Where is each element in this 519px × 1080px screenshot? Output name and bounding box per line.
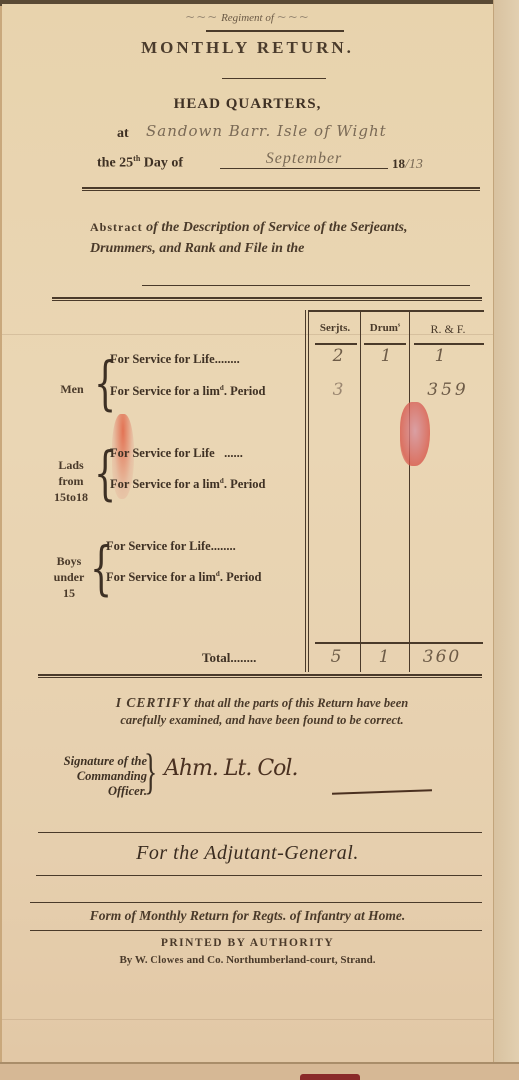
signature-label-line: Commanding bbox=[32, 769, 147, 784]
row-label-end: . Period bbox=[220, 570, 262, 584]
abstract-lead: Abstract bbox=[90, 220, 143, 234]
brace-icon: } bbox=[144, 746, 157, 796]
day-suffix: th bbox=[133, 154, 140, 163]
column-header-serjeants: Serjts. bbox=[311, 322, 359, 334]
background-adjacent-page bbox=[493, 0, 519, 1080]
row-label-lads-limited: For Service for a limd. Period bbox=[110, 477, 266, 492]
group-label-boys: Boys under 15 bbox=[46, 553, 92, 601]
certify-line-2: carefully examined, and have been found … bbox=[42, 712, 482, 729]
drum-suffix: s bbox=[398, 322, 400, 328]
row-label-text: For Service for a lim bbox=[110, 384, 220, 398]
total-rule bbox=[315, 642, 483, 644]
double-rule bbox=[38, 674, 482, 678]
column-divider bbox=[308, 310, 309, 672]
group-label-line: 15to18 bbox=[46, 489, 96, 505]
row-label-text: For Service for a lim bbox=[110, 477, 220, 491]
column-header-rank-file: R. & F. bbox=[412, 322, 484, 337]
divider bbox=[206, 30, 344, 32]
form-title: Form of Monthly Return for Regts. of Inf… bbox=[2, 908, 493, 924]
row-label-end: . Period bbox=[224, 477, 266, 491]
printer-address: and Co. Northumberland-court, Strand. bbox=[184, 954, 376, 966]
red-ribbon-tab bbox=[300, 1074, 360, 1080]
total-drummers: 1 bbox=[364, 647, 404, 667]
group-label-men: Men bbox=[52, 381, 92, 397]
regiment-blank-line bbox=[142, 285, 470, 286]
row-label-men-limited: For Service for a limd. Period bbox=[110, 384, 266, 399]
group-label-line: Men bbox=[52, 381, 92, 397]
document-page: ~~~ Regiment of ~~~ MONTHLY RETURN. HEAD… bbox=[2, 4, 494, 1062]
group-label-line: Boys bbox=[46, 553, 92, 569]
certify-line-1: I CERTIFY that all the parts of this Ret… bbox=[42, 694, 482, 712]
column-divider bbox=[360, 310, 361, 672]
regiment-label: Regiment of bbox=[221, 12, 274, 24]
total-serjeants: 5 bbox=[316, 647, 356, 667]
signature-label-line: Officer. bbox=[32, 784, 147, 799]
divider bbox=[36, 875, 482, 876]
group-label-line: Lads bbox=[46, 457, 96, 473]
column-header-drummers: Drums bbox=[362, 322, 408, 334]
day-number: the 25 bbox=[97, 156, 133, 171]
divider bbox=[30, 902, 482, 903]
fold-line bbox=[2, 1019, 493, 1020]
regiment-prefix-handwritten: ~~~ bbox=[185, 10, 218, 24]
printer-name: Clowes bbox=[150, 955, 184, 966]
divider bbox=[222, 78, 326, 79]
signature-label-line: Signature of the bbox=[32, 754, 147, 769]
abstract-heading: Abstract of the Description of Service o… bbox=[90, 217, 470, 259]
regiment-line: ~~~ Regiment of ~~~ bbox=[2, 10, 493, 24]
double-rule bbox=[52, 297, 482, 301]
table-top-rule bbox=[308, 310, 484, 312]
location-field: Sandown Barr. Isle of Wight bbox=[146, 122, 387, 140]
header-underline bbox=[364, 343, 406, 345]
head-quarters-heading: HEAD QUARTERS, bbox=[2, 96, 493, 113]
certify-caps: I CERTIFY bbox=[116, 695, 191, 710]
drum-label: Drum bbox=[370, 322, 398, 334]
background-bottom-edge bbox=[0, 1062, 519, 1080]
row-label-men-life: For Service for Life........ bbox=[110, 352, 240, 367]
regiment-suffix-handwritten: ~~~ bbox=[277, 10, 310, 24]
day-label: the 25th Day of bbox=[97, 154, 183, 172]
header-underline bbox=[315, 343, 357, 345]
signature-flourish bbox=[332, 789, 432, 794]
row-label-lads-life: For Service for Life ...... bbox=[110, 446, 243, 461]
header-underline bbox=[414, 343, 484, 345]
group-label-lads: Lads from 15to18 bbox=[46, 457, 96, 505]
group-label-line: from bbox=[46, 473, 96, 489]
red-wax-stain bbox=[400, 402, 430, 466]
year-handwritten: /13 bbox=[405, 157, 423, 172]
cell-men-life-serjeants: 2 bbox=[320, 346, 356, 366]
year-printed: 18 bbox=[392, 156, 405, 171]
group-label-line: 15 bbox=[46, 585, 92, 601]
commanding-officer-signature: Ahm. Lt. Col. bbox=[164, 756, 297, 781]
column-divider bbox=[409, 310, 410, 672]
printer-by: By W. bbox=[119, 954, 150, 966]
column-divider bbox=[305, 310, 306, 672]
total-rankfile: 360 bbox=[412, 647, 472, 667]
day-of-label: Day of bbox=[144, 156, 183, 171]
row-label-boys-limited: For Service for a limd. Period bbox=[106, 570, 262, 585]
cell-men-limited-serjeants: 3 bbox=[320, 380, 356, 400]
row-label-end: . Period bbox=[224, 384, 266, 398]
group-label-line: under bbox=[46, 569, 92, 585]
cell-men-life-rankfile: 1 bbox=[422, 346, 458, 366]
row-label-boys-life: For Service for Life........ bbox=[106, 539, 236, 554]
year-field: 18/13 bbox=[392, 156, 423, 173]
signature-label: Signature of the Commanding Officer. bbox=[32, 754, 147, 799]
certification-statement: I CERTIFY that all the parts of this Ret… bbox=[42, 694, 482, 729]
cell-men-limited-rankfile: 359 bbox=[418, 380, 478, 400]
cell-men-life-drummers: 1 bbox=[368, 346, 404, 366]
printer-imprint: By W. Clowes and Co. Northumberland-cour… bbox=[2, 954, 493, 966]
document-title: MONTHLY RETURN. bbox=[2, 38, 493, 58]
divider bbox=[30, 930, 482, 931]
month-field: September bbox=[220, 150, 388, 169]
row-label-text: For Service for a lim bbox=[106, 570, 216, 584]
double-rule bbox=[82, 187, 480, 191]
adjutant-general-heading: For the Adjutant-General. bbox=[2, 842, 493, 865]
divider bbox=[38, 832, 482, 833]
at-label: at bbox=[117, 126, 129, 142]
certify-text: that all the parts of this Return have b… bbox=[191, 696, 408, 710]
total-label: Total........ bbox=[202, 650, 256, 666]
printed-by-authority: PRINTED BY AUTHORITY bbox=[2, 937, 493, 949]
